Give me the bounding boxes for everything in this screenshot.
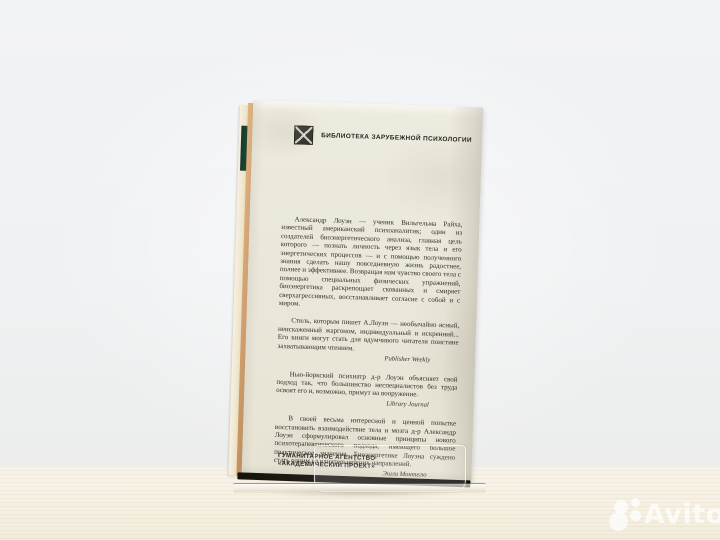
avito-watermark: Avito bbox=[606, 497, 718, 535]
avito-logo-circle bbox=[609, 512, 628, 531]
acrylic-stand-base bbox=[233, 483, 486, 493]
diamond-stamp-icon bbox=[294, 125, 314, 145]
book-back-cover: БИБЛИОТЕКА ЗАРУБЕЖНОЙ ПСИХОЛОГИИ Алексан… bbox=[228, 100, 483, 490]
avito-logo-circle bbox=[630, 510, 641, 521]
series-header: БИБЛИОТЕКА ЗАРУБЕЖНОЙ ПСИХОЛОГИИ bbox=[294, 124, 473, 150]
avito-logo-circle bbox=[631, 498, 640, 507]
series-title: БИБЛИОТЕКА ЗАРУБЕЖНОЙ ПСИХОЛОГИИ bbox=[321, 132, 472, 144]
quote-1: Стиль, которым пишет А.Лоуэн — необычайн… bbox=[277, 316, 459, 355]
product-photo: БИБЛИОТЕКА ЗАРУБЕЖНОЙ ПСИХОЛОГИИ Алексан… bbox=[0, 0, 720, 540]
dust-jacket: БИБЛИОТЕКА ЗАРУБЕЖНОЙ ПСИХОЛОГИИ Алексан… bbox=[241, 100, 483, 483]
about-paragraph: Александр Лоуэн — ученик Вильгельма Райх… bbox=[279, 215, 463, 313]
avito-wordmark: Avito bbox=[644, 499, 720, 530]
quote-2: Нью-йоркский психиатр д-р Лоуэн объясняе… bbox=[276, 369, 458, 400]
